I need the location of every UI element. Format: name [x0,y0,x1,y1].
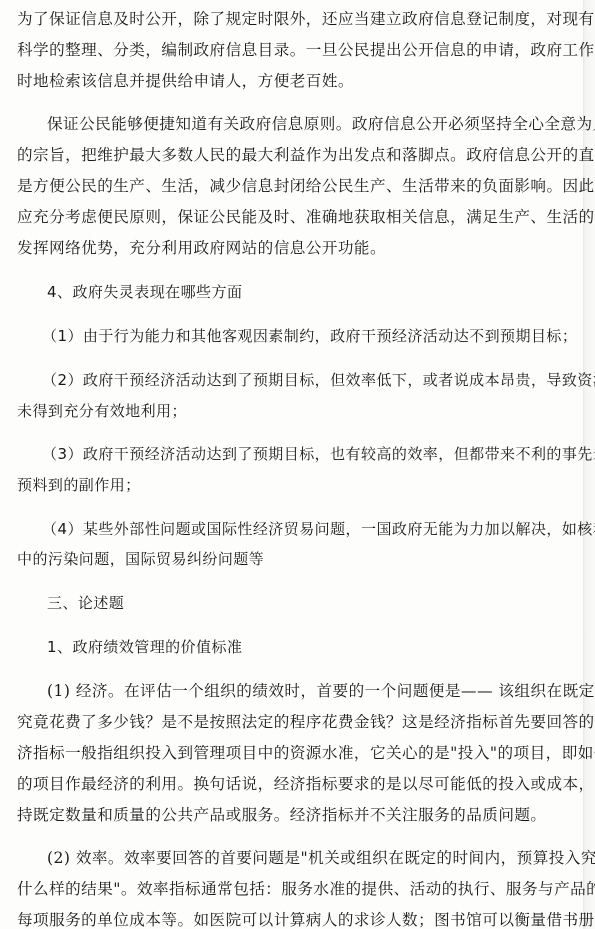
part-heading: 三、论述题 [47,593,595,613]
text-line: 济指标一般指组织投入到管理项目中的资源水准，它关心的是"投入"的项目，即如何使投… [17,743,577,763]
text-line: 的项目作最经济的利用。换句话说，经济指标要求的是以尽可能低的投入或成本，提供与维 [17,774,577,794]
text-line: (2) 效率。效率要回答的首要问题是"机关或组织在既定的时间内，预算投入究竟产生… [47,848,595,868]
text-line: 应充分考虑便民原则，保证公民能及时、准确地获取相关信息，满足生产、生活的需要。要 [17,207,577,227]
text-line: 持既定数量和质量的公共产品或服务。经济指标并不关注服务的品质问题。 [17,805,577,825]
section-heading: 4、政府失灵表现在哪些方面 [47,282,595,302]
list-item-1: （1）由于行为能力和其他客观因素制约，政府干预经济活动达不到预期目标； [42,326,595,346]
text-line: 什么样的结果"。效率指标通常包括：服务水准的提供、活动的执行、服务与产品的数量、 [17,879,577,899]
list-item-2-continued: 未得到充分有效地利用； [17,401,577,421]
text-line: 时地检索该信息并提供给申请人，方便老百姓。 [17,71,577,91]
text-line: 是方便公民的生产、生活，减少信息封闭给公民生产、生活带来的负面影响。因此在立法时 [17,176,577,196]
text-line: 保证公民能够便捷知道有关政府信息原则。政府信息公开必须坚持全心全意为人民服务 [47,114,595,134]
text-line: (1) 经济。在评估一个组织的绩效时，首要的一个问题便是—— 该组织在既定的时间… [47,681,595,701]
text-line: 发挥网络优势，充分利用政府网站的信息公开功能。 [17,238,577,258]
list-item-3: （3）政府干预经济活动达到了预期目标，也有较高的效率，但都带来不利的事先未曾 [42,444,595,464]
list-item-2: （2）政府干预经济活动达到了预期目标，但效率低下，或者说成本昂贵，导致资源并 [42,370,595,390]
text-line: 科学的整理、分类，编制政府信息目录。一旦公民提出公开信息的申请，政府工作人员能及 [17,40,577,60]
text-line: 为了保证信息及时公开，除了规定时限外，还应当建立政府信息登记制度，对现有信息进行 [17,9,577,29]
question-heading: 1、政府绩效管理的价值标准 [47,637,595,657]
list-item-4-continued: 中的污染问题，国际贸易纠纷问题等 [17,549,577,569]
text-line: 究竟花费了多少钱？是不是按照法定的程序花费金钱？这是经济指标首先要回答的问题。经 [17,712,577,732]
list-item-4: （4）某些外部性问题或国际性经济贸易问题，一国政府无能为力加以解决，如核利用 [42,519,595,539]
text-line: 的宗旨，把维护最大多数人民的最大利益作为出发点和落脚点。政府信息公开的直接目的就 [17,145,577,165]
text-line: 每项服务的单位成本等。如医院可以计算病人的求诊人数；图书馆可以衡量借书册数；大学 [17,910,577,929]
scanned-document-page: 为了保证信息及时公开，除了规定时限外，还应当建立政府信息登记制度，对现有信息进行… [0,0,595,929]
list-item-3-continued: 预料到的副作用； [17,475,577,495]
